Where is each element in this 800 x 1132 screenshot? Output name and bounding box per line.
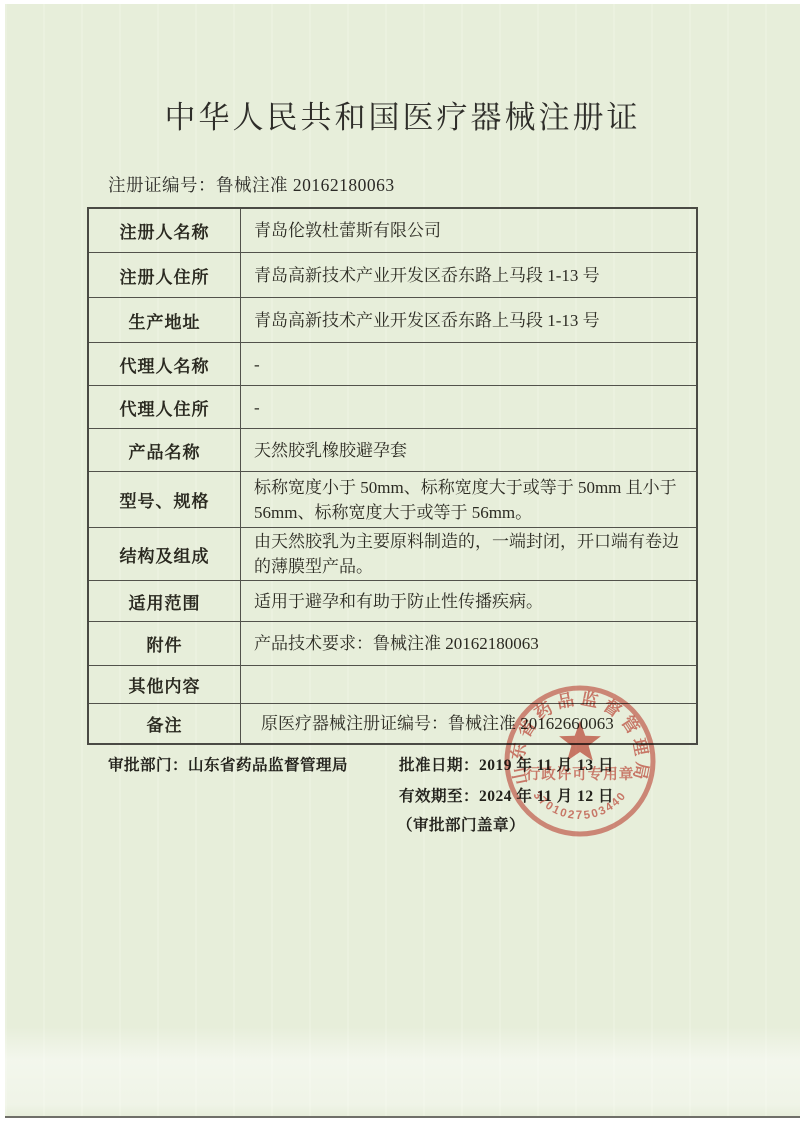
table-row: 注册人名称青岛伦敦杜蕾斯有限公司 <box>89 209 696 252</box>
certificate-number-line: 注册证编号：鲁械注准 20162180063 <box>108 172 395 197</box>
valid-until-label: 有效期至： <box>399 788 479 805</box>
row-label: 产品名称 <box>89 429 241 471</box>
row-value: 青岛伦敦杜蕾斯有限公司 <box>241 209 696 252</box>
table-row: 产品名称天然胶乳橡胶避孕套 <box>89 428 696 471</box>
row-label: 备注 <box>89 704 241 743</box>
table-row: 注册人住所青岛高新技术产业开发区岙东路上马段 1-13 号 <box>89 252 696 297</box>
certificate-title: 中华人民共和国医疗器械注册证 <box>5 92 800 137</box>
row-value: 产品技术要求：鲁械注准 20162180063 <box>241 622 696 665</box>
row-value: 标称宽度小于 50mm、标称宽度大于或等于 50mm 且小于 56mm、标称宽度… <box>241 472 696 527</box>
table-row: 代理人住所- <box>89 385 696 428</box>
row-value: 青岛高新技术产业开发区岙东路上马段 1-13 号 <box>241 253 696 297</box>
seal-number-text: 3701027503440 <box>531 789 630 822</box>
row-value: 青岛高新技术产业开发区岙东路上马段 1-13 号 <box>241 298 696 342</box>
table-row: 适用范围适用于避孕和有助于防止性传播疾病。 <box>89 580 696 621</box>
row-label: 结构及组成 <box>89 528 241 580</box>
seal-center-text: 行政许可专用章 <box>526 765 635 783</box>
row-label: 代理人名称 <box>89 343 241 385</box>
row-value: 适用于避孕和有助于防止性传播疾病。 <box>241 581 696 621</box>
certificate-page: 中华人民共和国医疗器械注册证 注册证编号：鲁械注准 20162180063 注册… <box>5 4 800 1118</box>
row-label: 其他内容 <box>89 666 241 703</box>
star-icon <box>559 721 601 761</box>
certificate-number-value: 鲁械注准 20162180063 <box>216 175 395 195</box>
official-seal-stamp: 山东省药品监督管理局 行政许可专用章 3701027503440 <box>492 668 672 858</box>
table-row: 代理人名称- <box>89 342 696 385</box>
certificate-number-label: 注册证编号： <box>108 175 216 195</box>
approval-department-label: 审批部门： <box>108 757 188 774</box>
row-label: 适用范围 <box>89 581 241 621</box>
approval-department-line: 审批部门：山东省药品监督管理局 <box>108 753 348 775</box>
row-label: 注册人名称 <box>89 209 241 252</box>
row-label: 注册人住所 <box>89 253 241 297</box>
row-value: - <box>241 343 696 385</box>
table-row: 附件产品技术要求：鲁械注准 20162180063 <box>89 621 696 665</box>
row-value: 由天然胶乳为主要原料制造的，一端封闭，开口端有卷边的薄膜型产品。 <box>241 528 696 580</box>
row-value: 天然胶乳橡胶避孕套 <box>241 429 696 471</box>
row-label: 型号、规格 <box>89 472 241 527</box>
approval-date-label: 批准日期： <box>399 757 479 774</box>
table-row: 生产地址青岛高新技术产业开发区岙东路上马段 1-13 号 <box>89 297 696 342</box>
table-row: 型号、规格标称宽度小于 50mm、标称宽度大于或等于 50mm 且小于 56mm… <box>89 471 696 527</box>
row-label: 代理人住所 <box>89 386 241 428</box>
table-row: 结构及组成由天然胶乳为主要原料制造的，一端封闭，开口端有卷边的薄膜型产品。 <box>89 527 696 580</box>
row-value: - <box>241 386 696 428</box>
approval-department-value: 山东省药品监督管理局 <box>188 757 348 774</box>
row-label: 附件 <box>89 622 241 665</box>
row-label: 生产地址 <box>89 298 241 342</box>
certificate-table: 注册人名称青岛伦敦杜蕾斯有限公司注册人住所青岛高新技术产业开发区岙东路上马段 1… <box>87 207 698 745</box>
